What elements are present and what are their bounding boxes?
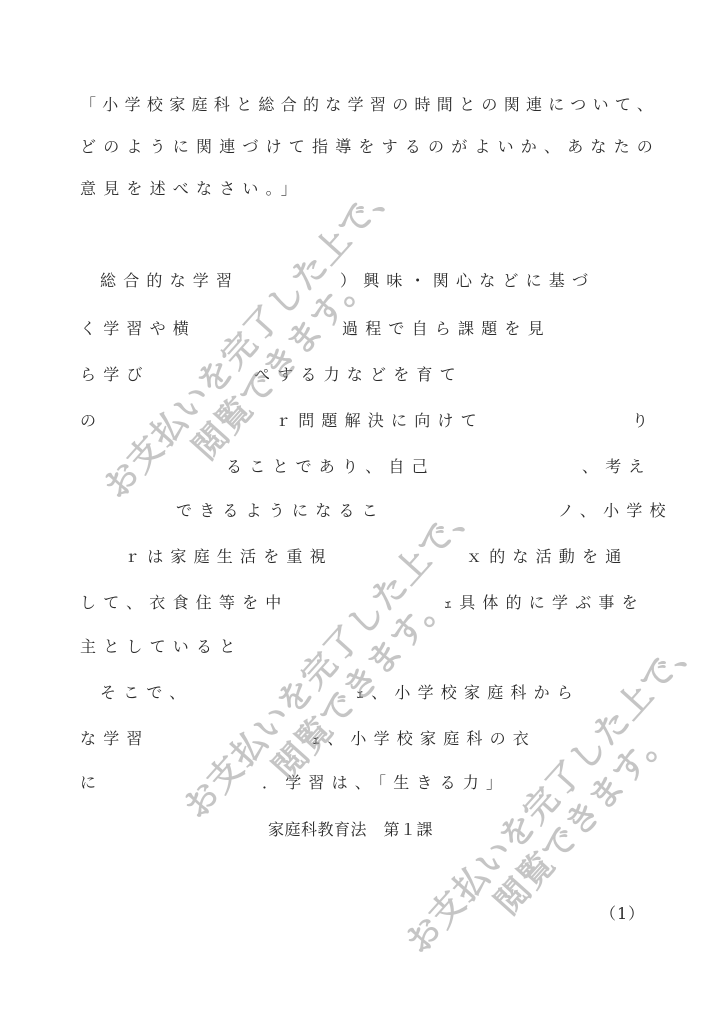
course-caption: 家庭科教育法 第１課: [268, 818, 433, 842]
answer-line-10: そこで、 ｪ、小学校家庭科から: [0, 680, 725, 706]
answer-segment: して、衣食住等を中: [80, 590, 288, 616]
question-text: どのように関連づけて指導をするのがよいか、あなたの: [80, 134, 660, 160]
document-page: 「小学校家庭科と総合的な学習の時間との関連について、 どのように関連づけて指導を…: [0, 0, 725, 1024]
answer-segment: 過程で自ら課題を見: [342, 316, 551, 342]
answer-segment: そこで、: [100, 680, 192, 706]
payment-watermark: お支払いを完了した上で、 閲覧できます。: [398, 623, 725, 988]
answer-segment: ら学び: [80, 362, 150, 388]
answer-segment: ぺする力などを育て: [254, 362, 463, 388]
answer-line-11: な学習 ｪ、小学校家庭科の衣: [0, 726, 725, 752]
answer-segment: な学習: [80, 726, 150, 752]
answer-segment: の: [80, 408, 103, 434]
answer-line-12: に ．学習は、「生きる力」: [0, 770, 725, 796]
answer-line-5: ることであり、自己 、考え: [0, 454, 725, 480]
answer-segment: ることであり、自己: [226, 454, 435, 480]
answer-segment: ．学習は、「生きる力」: [262, 770, 509, 796]
answer-segment: 、考え: [582, 454, 652, 480]
answer-segment: ｪ、小学校家庭科から: [356, 680, 580, 706]
answer-segment: り: [632, 408, 655, 434]
page-number: （1）: [600, 902, 645, 926]
answer-segment: に: [80, 770, 103, 796]
question-text: 「小学校家庭科と総合的な学習の時間との関連について、: [80, 92, 659, 118]
question-text: 意見を述べなさい。」: [80, 176, 304, 202]
answer-line-6: できるようになるこ ノ、小学校: [0, 498, 725, 524]
answer-segment: 主としていると: [80, 634, 242, 660]
answer-segment: ）興味・関心などに基づ: [340, 268, 595, 294]
answer-line-2: く学習や横 過程で自ら課題を見: [0, 316, 725, 342]
answer-segment: ｪ具体的に学ぶ事を: [444, 590, 645, 616]
answer-segment: ｒは家庭生活を重視: [124, 544, 333, 570]
answer-line-4: の ｒ問題解決に向けて り: [0, 408, 725, 434]
answer-line-7: ｒは家庭生活を重視 ｘ的な活動を通: [0, 544, 725, 570]
answer-segment: 総合的な学習: [100, 268, 239, 294]
answer-segment: できるようになるこ: [176, 498, 385, 524]
answer-segment: ｒ問題解決に向けて: [275, 408, 484, 434]
answer-segment: ｪ、小学校家庭科の衣: [312, 726, 536, 752]
answer-segment: ｘ的な活動を通: [466, 544, 628, 570]
answer-line-9: 主としていると: [0, 634, 725, 660]
answer-line-8: して、衣食住等を中 ｪ具体的に学ぶ事を: [0, 590, 725, 616]
answer-segment: ノ、小学校: [558, 498, 673, 524]
answer-segment: く学習や横: [80, 316, 196, 342]
answer-line-3: ら学び ぺする力などを育て: [0, 362, 725, 388]
answer-line-1: 総合的な学習 ）興味・関心などに基づ: [0, 268, 725, 294]
